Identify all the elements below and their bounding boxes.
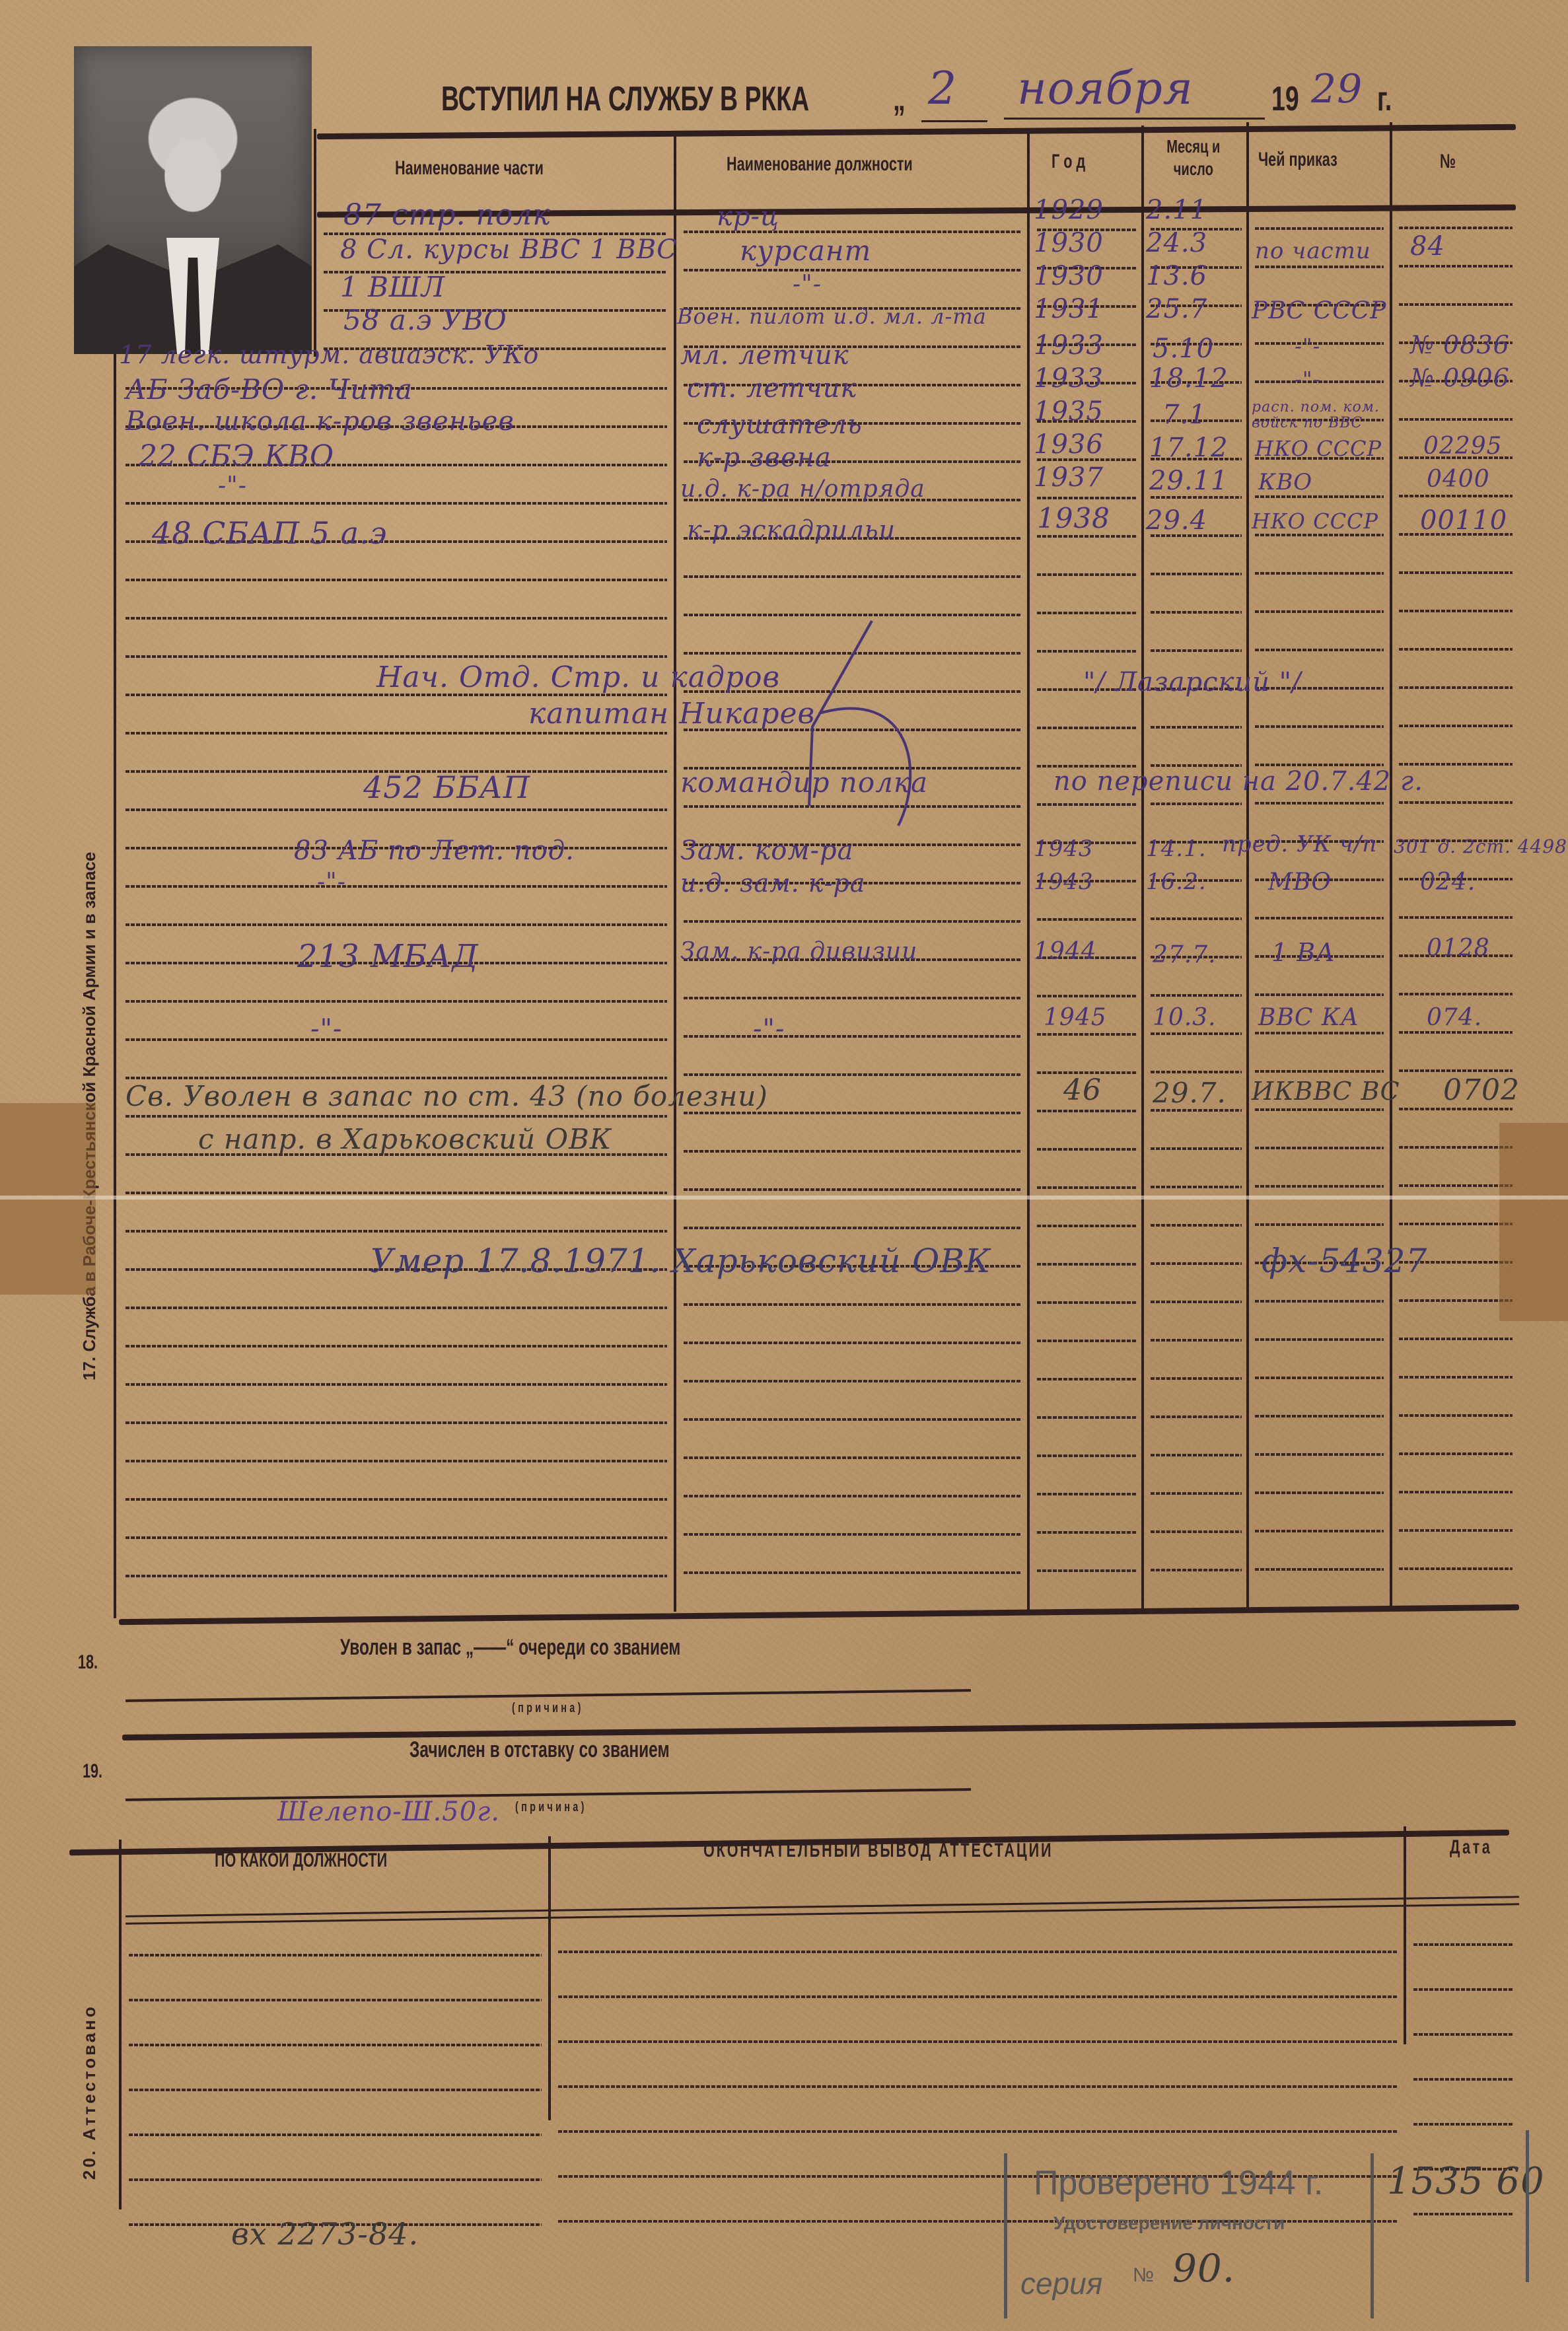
row-date: 17.12 bbox=[1149, 433, 1229, 463]
ruled-line bbox=[1255, 1300, 1384, 1303]
row-unit: 87 стр. полк bbox=[343, 198, 551, 232]
row-order-by: -"- bbox=[1295, 334, 1320, 359]
row-order-by: НКО СССР bbox=[1252, 509, 1378, 534]
section18-reason-label: (причина) bbox=[512, 1701, 584, 1716]
ruled-line bbox=[1399, 1223, 1513, 1225]
ruled-line bbox=[684, 1533, 1020, 1536]
ruled-line bbox=[125, 1383, 667, 1386]
ruled-line bbox=[1151, 1147, 1242, 1150]
ruled-line bbox=[1399, 571, 1513, 574]
verification-stamp: Проверено 1944 г. Удостоверение личности… bbox=[1004, 2153, 1374, 2318]
month-underline bbox=[1004, 118, 1265, 120]
ruled-line bbox=[684, 997, 1020, 999]
row-position: и.д. зам. к-ра bbox=[680, 869, 865, 898]
row-unit: 22 СБЭ КВО bbox=[139, 439, 334, 473]
row-date: 2.11 bbox=[1146, 195, 1207, 225]
ruled-line bbox=[1037, 1416, 1136, 1419]
row-unit: 17 легк. штурм. авиаэск. УКо bbox=[119, 340, 539, 369]
ruled-line bbox=[1399, 303, 1513, 306]
row-order-by: расп. пом. ком. войск по ВВС bbox=[1252, 400, 1390, 431]
ruled-line bbox=[129, 1954, 542, 1956]
signature-flourish bbox=[740, 608, 1057, 859]
death-note: Умер 17.8.1971. Харьковский ОВК bbox=[370, 1242, 991, 1280]
ruled-line bbox=[125, 1498, 667, 1501]
ruled-line bbox=[1151, 1454, 1242, 1456]
ruled-line bbox=[1037, 1110, 1136, 1112]
row-date: 16.2. bbox=[1146, 869, 1207, 895]
row-year: 1929 bbox=[1034, 195, 1104, 225]
year-unit: г. bbox=[1377, 79, 1392, 119]
col-header-position: Наименование должности bbox=[727, 153, 913, 176]
row-unit: 452 ББАП bbox=[363, 770, 530, 805]
ruled-line bbox=[1255, 725, 1384, 728]
row-number: № 0906 bbox=[1410, 363, 1510, 392]
section19-reason-line bbox=[125, 1788, 971, 1801]
row-position: курсант bbox=[740, 234, 871, 267]
ruled-line bbox=[558, 2040, 1397, 2043]
section18-number: 18. bbox=[78, 1651, 98, 1674]
row-date: 5.10 bbox=[1153, 334, 1214, 364]
ruled-line bbox=[1399, 265, 1513, 268]
ruled-line bbox=[1037, 1148, 1136, 1151]
col-header-unit: Наименование части bbox=[395, 157, 544, 180]
ruled-line bbox=[1255, 1530, 1384, 1532]
ruled-line bbox=[1151, 803, 1242, 805]
ruled-line bbox=[125, 1536, 667, 1539]
ruled-line bbox=[1255, 1377, 1384, 1379]
ruled-line bbox=[129, 2089, 542, 2091]
ruled-line bbox=[1255, 1032, 1384, 1034]
row-number: 00110 bbox=[1420, 505, 1507, 536]
ruled-line bbox=[1151, 917, 1242, 920]
col-divider-order bbox=[1390, 122, 1392, 1608]
ruled-line bbox=[684, 575, 1020, 578]
col-divider-date bbox=[1246, 122, 1249, 1608]
col-border-left bbox=[114, 353, 116, 1618]
row-unit: -"- bbox=[317, 869, 346, 896]
ruled-line bbox=[1037, 497, 1136, 499]
ruled-line bbox=[1255, 1415, 1384, 1417]
row-date: 29.4 bbox=[1146, 505, 1207, 536]
row-unit: 83 АБ по Лет. под. bbox=[294, 836, 575, 866]
ruled-line bbox=[1413, 1943, 1513, 1946]
ruled-line bbox=[125, 885, 667, 888]
section20-header-double-rule bbox=[125, 1896, 1519, 1924]
table-top-rule bbox=[317, 124, 1516, 139]
ruled-line bbox=[1255, 1070, 1384, 1073]
col-border-left-top bbox=[314, 129, 316, 357]
row-date: 7.1 bbox=[1162, 400, 1207, 430]
ruled-line bbox=[129, 1999, 542, 2001]
row-date: 29.11 bbox=[1149, 466, 1229, 496]
ruled-line bbox=[1037, 1493, 1136, 1495]
ruled-line bbox=[1255, 649, 1384, 651]
enlistment-day: 2 bbox=[928, 63, 957, 115]
row-position: -"- bbox=[793, 271, 822, 298]
ruled-line bbox=[1399, 1529, 1513, 1532]
stamp-number: 1535 60 bbox=[1387, 2160, 1545, 2203]
row-position: ст. летчик bbox=[687, 373, 857, 404]
stamp-id-label: Удостоверение личности bbox=[1053, 2213, 1285, 2234]
ruled-line bbox=[1399, 1299, 1513, 1302]
ruled-line bbox=[1413, 2213, 1513, 2215]
ruled-line bbox=[1399, 916, 1513, 919]
ruled-line bbox=[129, 2134, 542, 2136]
col-divider-unit bbox=[674, 132, 676, 1612]
certification-countersign: "/ Лазарский "/ bbox=[1083, 667, 1302, 698]
ruled-line bbox=[1151, 1186, 1242, 1188]
ruled-line bbox=[558, 2085, 1397, 2088]
section19-reason-label: (причина) bbox=[515, 1800, 587, 1815]
row-year: 1943 bbox=[1034, 869, 1094, 895]
row-order-by: -"- bbox=[1295, 367, 1320, 392]
row-year: 1930 bbox=[1034, 228, 1104, 258]
ruled-line bbox=[1255, 495, 1384, 498]
row-year: 1945 bbox=[1044, 1004, 1107, 1031]
row-position: слушатель bbox=[697, 410, 863, 440]
col-header-year: Г о д bbox=[1051, 151, 1085, 173]
row-date: 13.6 bbox=[1146, 261, 1207, 291]
ruled-line bbox=[1413, 2123, 1513, 2126]
row-position: Зам. ком-ра bbox=[680, 836, 853, 866]
ruled-line bbox=[1151, 1262, 1242, 1265]
ruled-line bbox=[125, 732, 667, 735]
stamp-no-label: № bbox=[1133, 2264, 1154, 2287]
ruled-line bbox=[1151, 1530, 1242, 1533]
ruled-line bbox=[1255, 266, 1384, 268]
ruled-line bbox=[1151, 1032, 1242, 1035]
row-order-by: КВО bbox=[1258, 469, 1312, 495]
ruled-line bbox=[1037, 995, 1136, 997]
ruled-line bbox=[684, 920, 1020, 923]
ruled-line bbox=[125, 1460, 667, 1462]
row-number: 024. bbox=[1420, 869, 1476, 896]
ruled-line bbox=[1255, 1491, 1384, 1494]
ruled-line bbox=[1255, 1338, 1384, 1341]
row-position: мл. летчик bbox=[680, 340, 849, 371]
ruled-line bbox=[684, 1150, 1020, 1153]
row-position: Зам. к-ра дивизии bbox=[680, 938, 917, 965]
ruled-line bbox=[1037, 1569, 1136, 1572]
ruled-line bbox=[1151, 573, 1242, 575]
ruled-line bbox=[684, 1380, 1020, 1382]
ruled-line bbox=[1399, 1338, 1513, 1340]
ruled-line bbox=[1399, 1491, 1513, 1493]
row-year: 1936 bbox=[1034, 429, 1104, 460]
ruled-line bbox=[1151, 1109, 1242, 1112]
ruled-line bbox=[1399, 993, 1513, 995]
row-note: по переписи на 20.7.42 г. bbox=[1053, 766, 1423, 797]
row-date: 10.3. bbox=[1153, 1004, 1217, 1031]
row-unit: -"- bbox=[218, 472, 247, 499]
ruled-line bbox=[129, 2044, 542, 2046]
row-date: 25.7 bbox=[1146, 294, 1207, 324]
ruled-line bbox=[1399, 495, 1513, 497]
row-year: 1935 bbox=[1034, 396, 1104, 427]
day-underline bbox=[921, 120, 987, 122]
col-header-number: № bbox=[1440, 151, 1456, 173]
row-order-by: МВО bbox=[1268, 869, 1332, 896]
ruled-line bbox=[125, 1421, 667, 1424]
row-number: 02295 bbox=[1423, 433, 1503, 460]
ruled-line bbox=[125, 1038, 667, 1041]
ruled-line bbox=[1399, 648, 1513, 651]
col-divider-year bbox=[1141, 126, 1144, 1612]
ruled-line bbox=[1255, 572, 1384, 575]
col-header-order-by: Чей приказ bbox=[1258, 149, 1337, 171]
row-order-by: ВВС КА bbox=[1258, 1004, 1359, 1031]
row-year: 1938 bbox=[1037, 502, 1110, 534]
ruled-line bbox=[1037, 1225, 1136, 1227]
ruled-line bbox=[1255, 1185, 1384, 1188]
ruled-line bbox=[1399, 610, 1513, 612]
row-position: -"- bbox=[753, 1014, 785, 1044]
ruled-line bbox=[684, 1227, 1020, 1229]
row-year: 1933 bbox=[1034, 330, 1104, 361]
tape-right bbox=[1499, 1123, 1568, 1321]
enlistment-year: 29 bbox=[1311, 66, 1363, 112]
stamp-series-label: серия bbox=[1020, 2266, 1102, 2301]
discharge-order-by: ИКВВС ВС bbox=[1252, 1077, 1400, 1106]
certification-title: Нач. Отд. Стр. и кадров bbox=[376, 661, 780, 694]
ruled-line bbox=[1151, 1492, 1242, 1495]
ruled-line bbox=[684, 1303, 1020, 1306]
section20-col-divider-1 bbox=[548, 1836, 551, 2120]
ruled-line bbox=[684, 1495, 1020, 1497]
ruled-line bbox=[1151, 649, 1242, 652]
ruled-line bbox=[1037, 1454, 1136, 1457]
ruled-line bbox=[1037, 1378, 1136, 1381]
ruled-line bbox=[1255, 1147, 1384, 1149]
ruled-line bbox=[1399, 418, 1513, 421]
row-date: 14.1. bbox=[1146, 836, 1207, 862]
row-date: 18.12 bbox=[1149, 363, 1229, 394]
row-year: 1933 bbox=[1034, 363, 1104, 394]
section19-number: 19. bbox=[83, 1760, 102, 1783]
row-position: к-р эскадрильи bbox=[687, 515, 896, 544]
ruled-line bbox=[1399, 725, 1513, 727]
ruled-line bbox=[1399, 1184, 1513, 1187]
ruled-line bbox=[1037, 1186, 1136, 1189]
ruled-line bbox=[125, 1077, 667, 1079]
row-unit: 8 Сл. курсы ВВС 1 ВВС bbox=[340, 234, 678, 265]
ruled-line bbox=[1255, 1108, 1384, 1111]
row-year: 1931 bbox=[1034, 294, 1104, 324]
ruled-line bbox=[558, 2130, 1397, 2133]
ruled-line bbox=[129, 2178, 542, 2181]
ruled-line bbox=[1151, 496, 1242, 499]
ruled-line bbox=[1255, 534, 1384, 536]
row-position: и.д. к-ра н/отряда bbox=[680, 476, 925, 503]
enlistment-month: ноября bbox=[1017, 63, 1194, 115]
section20-col-divider-2 bbox=[1404, 1826, 1406, 2044]
ruled-line bbox=[1399, 1146, 1513, 1149]
ruled-line bbox=[1399, 227, 1513, 229]
ruled-line bbox=[125, 1000, 667, 1003]
ruled-line bbox=[1255, 917, 1384, 919]
ruled-line bbox=[1399, 1108, 1513, 1110]
stamp-right-border bbox=[1526, 2130, 1529, 2282]
col-divider-position bbox=[1027, 129, 1030, 1615]
ruled-line bbox=[1151, 611, 1242, 614]
paper-fold bbox=[0, 1196, 1568, 1200]
row-unit: -"- bbox=[310, 1014, 342, 1044]
ruled-line bbox=[1037, 1301, 1136, 1304]
ruled-line bbox=[684, 1342, 1020, 1344]
ruled-line bbox=[1255, 610, 1384, 613]
ruled-line bbox=[125, 655, 667, 658]
row-year: 1944 bbox=[1034, 938, 1097, 965]
section20-col-conclusion: ОКОНЧАТЕЛЬНЫЙ ВЫВОД АТТЕСТАЦИИ bbox=[703, 1840, 1053, 1862]
ruled-line bbox=[1151, 994, 1242, 997]
row-year: 1930 bbox=[1034, 261, 1104, 291]
ruled-line bbox=[1399, 1452, 1513, 1455]
portrait-photo bbox=[74, 46, 312, 354]
stamp-series-value: 90. bbox=[1172, 2246, 1235, 2291]
ruled-line bbox=[684, 269, 1020, 271]
discharge-number: 0702 bbox=[1443, 1073, 1520, 1107]
ruled-line bbox=[1151, 1071, 1242, 1073]
row-unit: АБ Заб-ВО г. Чита bbox=[125, 373, 413, 406]
ruled-line bbox=[1255, 1223, 1384, 1226]
ruled-line bbox=[1037, 1033, 1136, 1036]
discharge-date: 29.7. bbox=[1153, 1077, 1227, 1109]
section18-label: Уволен в запас „——“ очереди со званием bbox=[340, 1635, 680, 1661]
section18-reason-line bbox=[125, 1689, 971, 1702]
row-unit: 58 а.э УВО bbox=[343, 304, 507, 336]
ruled-line bbox=[1399, 1069, 1513, 1072]
ruled-line bbox=[684, 1418, 1020, 1421]
ruled-line bbox=[1037, 573, 1136, 576]
ruled-line bbox=[1255, 1568, 1384, 1571]
section18-top-rule bbox=[119, 1604, 1519, 1625]
section20-col-position: ПО КАКОЙ ДОЛЖНОСТИ bbox=[215, 1849, 387, 1872]
row-order-by: пред. УК ч/п bbox=[1222, 831, 1377, 857]
death-reference: фх-54327 bbox=[1262, 1242, 1427, 1280]
ruled-line bbox=[1151, 1569, 1242, 1571]
row-position: кр-ц bbox=[717, 201, 779, 232]
row-date: 27.7. bbox=[1153, 941, 1217, 968]
row-order-by: РВС СССР bbox=[1252, 297, 1387, 324]
ruled-line bbox=[125, 579, 667, 581]
section19-handwritten: Шелепо-Ш.50г. bbox=[277, 1797, 500, 1827]
row-number: № 0836 bbox=[1410, 330, 1510, 359]
stamp-verified: Проверено 1944 г. bbox=[1034, 2163, 1323, 2203]
ruled-line bbox=[1255, 993, 1384, 996]
row-date: 24.3 bbox=[1146, 228, 1207, 258]
ruled-line bbox=[1151, 726, 1242, 729]
ruled-line bbox=[684, 1188, 1020, 1191]
row-position: Воен. пилот и.д. мл. л-та bbox=[677, 304, 987, 329]
ruled-line bbox=[1399, 1567, 1513, 1570]
ruled-line bbox=[125, 502, 667, 505]
ruled-line bbox=[1151, 1224, 1242, 1227]
ruled-line bbox=[125, 1307, 667, 1309]
ruled-line bbox=[1037, 1263, 1136, 1266]
ruled-line bbox=[1413, 2033, 1513, 2036]
ruled-line bbox=[1151, 1377, 1242, 1380]
ruled-line bbox=[1037, 918, 1136, 921]
ruled-line bbox=[558, 1951, 1397, 1953]
row-unit: Воен. школа к-ров звеньев bbox=[125, 406, 515, 437]
ruled-line bbox=[1413, 2078, 1513, 2081]
section20-side-label: 20. Аттестовано bbox=[79, 2004, 100, 2180]
section20-handwritten-ref: вх 2273-84. bbox=[231, 2216, 419, 2252]
row-number: 84 bbox=[1410, 231, 1445, 262]
ruled-line bbox=[125, 1115, 667, 1118]
row-number: 0128 bbox=[1427, 935, 1490, 962]
row-number: 301 д. 2ст. 4498 bbox=[1394, 836, 1567, 857]
ruled-line bbox=[1151, 1416, 1242, 1418]
ruled-line bbox=[1399, 1031, 1513, 1034]
ruled-line bbox=[1151, 1301, 1242, 1303]
ruled-line bbox=[125, 808, 667, 811]
ruled-line bbox=[1413, 1988, 1513, 1991]
section20-left-border bbox=[119, 1840, 122, 2209]
row-position: к-р звена bbox=[697, 443, 832, 473]
ruled-line bbox=[1399, 801, 1513, 804]
col-header-date: Месяц и число bbox=[1151, 135, 1236, 180]
row-unit: 213 МБАД bbox=[297, 938, 479, 975]
ruled-line bbox=[1399, 763, 1513, 766]
open-quote: „ bbox=[893, 79, 906, 119]
row-order-by: 1 ВА bbox=[1271, 938, 1336, 967]
ruled-line bbox=[1037, 1340, 1136, 1342]
ruled-line bbox=[1399, 1414, 1513, 1417]
ruled-line bbox=[125, 1345, 667, 1347]
ruled-line bbox=[684, 1035, 1020, 1038]
ruled-line bbox=[684, 1571, 1020, 1574]
ruled-line bbox=[1255, 227, 1384, 230]
ruled-line bbox=[1037, 535, 1136, 538]
row-unit: 1 ВШЛ bbox=[340, 271, 445, 303]
ruled-line bbox=[684, 1073, 1020, 1076]
section19-top-rule bbox=[122, 1720, 1516, 1740]
row-number: 0400 bbox=[1427, 466, 1490, 493]
row-number: 074. bbox=[1427, 1004, 1482, 1031]
ruled-line bbox=[125, 1575, 667, 1577]
row-position: командир полка bbox=[680, 766, 928, 799]
row-year: 1943 bbox=[1034, 836, 1094, 862]
enlistment-title: ВСТУПИЛ НА СЛУЖБУ В РККА bbox=[441, 79, 809, 119]
ruled-line bbox=[1399, 1376, 1513, 1379]
row-order-by: НКО СССР bbox=[1255, 436, 1382, 461]
ruled-line bbox=[125, 923, 667, 926]
ruled-line bbox=[1255, 1453, 1384, 1456]
row-order-by: по части bbox=[1255, 238, 1371, 264]
section20-col-date: Дата bbox=[1450, 1836, 1492, 1859]
section19-label: Зачислен в отставку со званием bbox=[410, 1737, 670, 1763]
year-prefix: 19 bbox=[1271, 79, 1299, 119]
ruled-line bbox=[1037, 1531, 1136, 1534]
ruled-line bbox=[125, 617, 667, 620]
ruled-line bbox=[1399, 686, 1513, 689]
discharge-line2: с напр. в Харьковский ОВК bbox=[198, 1123, 612, 1155]
row-year: 1937 bbox=[1034, 462, 1104, 493]
row-unit: 48 СБАП 5 а.э bbox=[152, 515, 387, 551]
ruled-line bbox=[684, 1456, 1020, 1459]
ruled-line bbox=[1151, 1339, 1242, 1342]
discharge-year: 46 bbox=[1063, 1073, 1102, 1107]
ruled-line bbox=[125, 1192, 667, 1194]
ruled-line bbox=[558, 1995, 1397, 1998]
ruled-line bbox=[1255, 802, 1384, 805]
ruled-line bbox=[125, 1230, 667, 1233]
discharge-line1: Св. Уволен в запас по ст. 43 (по болезни… bbox=[125, 1080, 768, 1112]
